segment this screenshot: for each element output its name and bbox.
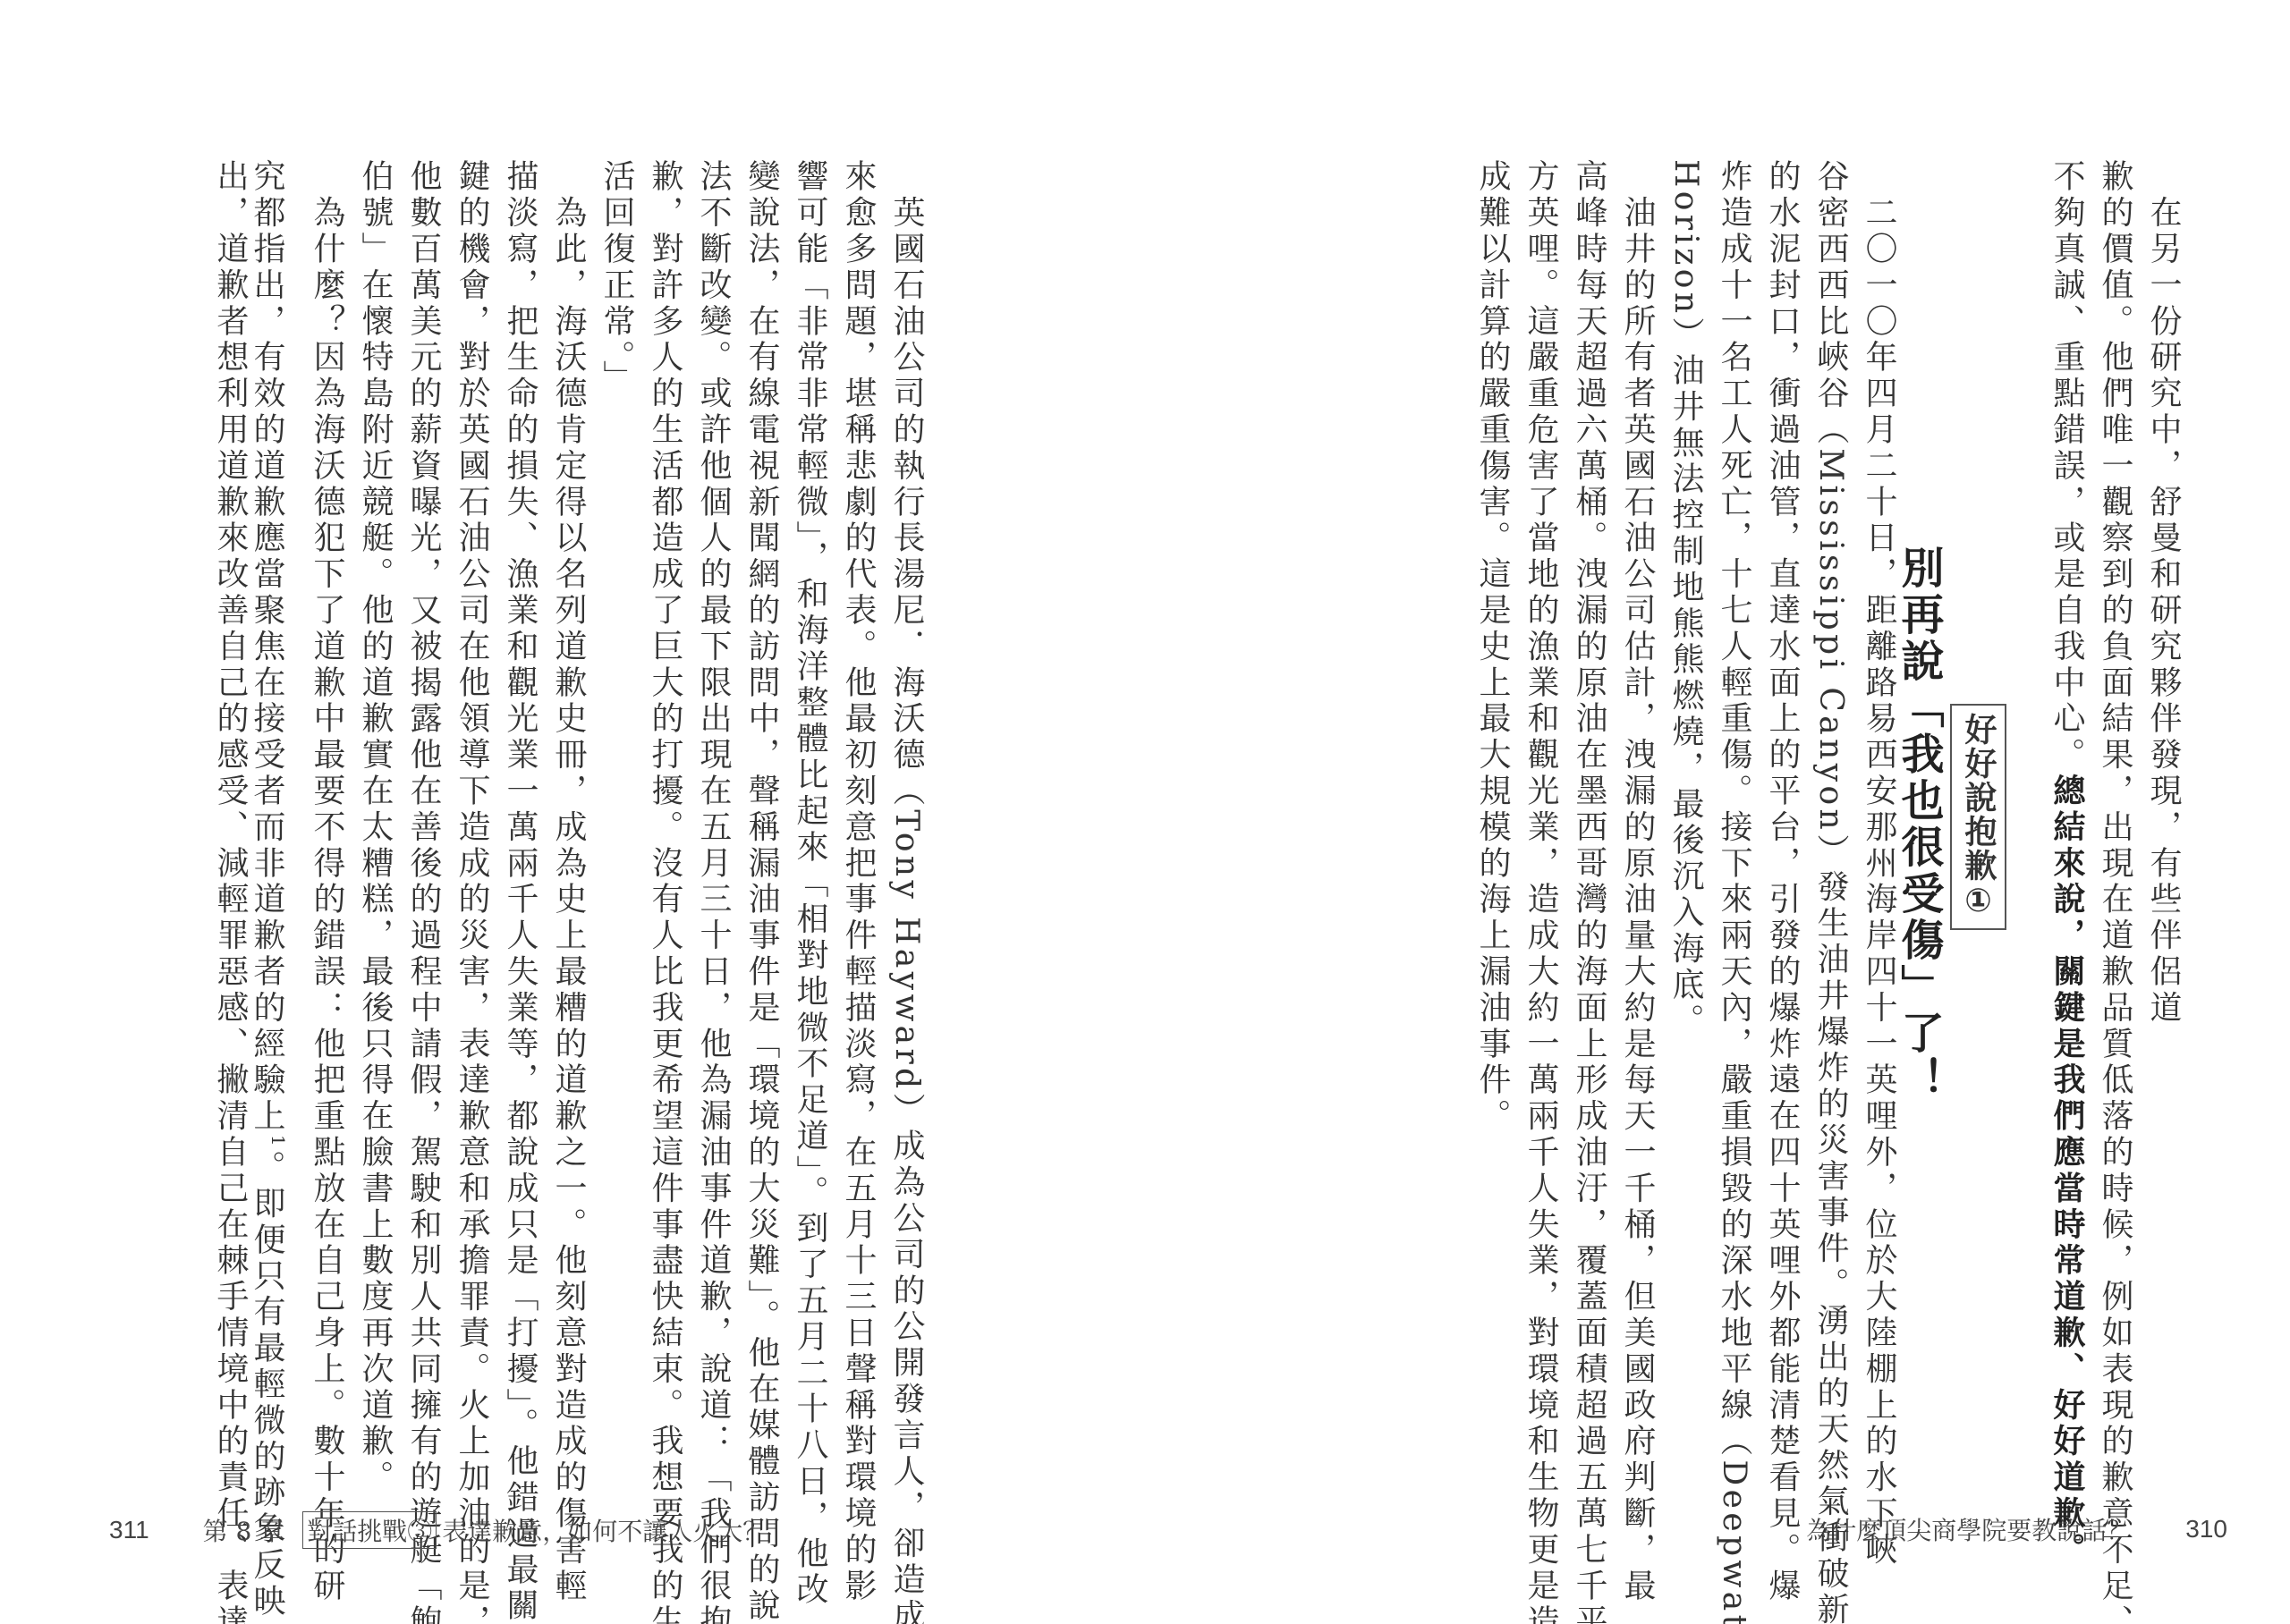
text-column: 高峰時每天超過六萬桶。洩漏的原油在墨西哥灣的海面上形成油汙，覆蓋面積超過五萬七千… xyxy=(1565,159,1613,1474)
chapter-number: 第 8 章 xyxy=(203,1512,285,1548)
text-column: 活回復正常。」 xyxy=(592,159,640,1474)
text-column: 炸造成十一名工人死亡，十七人輕重傷。接下來兩天內，嚴重損毀的深水地平線（Deep… xyxy=(1709,159,1758,1474)
running-footer-left: 311 第 8 章 對話挑戰③ 表達歉意，如何不讓人火大？ xyxy=(109,1511,768,1549)
text-segment: 究都指出，有效的道歉應當聚焦在接受者而非道歉者的經驗上 xyxy=(249,159,285,1135)
column-spacer xyxy=(2006,159,2042,1474)
footnote-marker[interactable]: 1 xyxy=(267,1135,289,1150)
text-column: 為此，海沃德肯定得以名列道歉史冊，成為史上最糟的道歉之一。他刻意對造成的傷害輕 xyxy=(544,159,592,1474)
book-spread: 在另一份研究中，舒曼和研究夥伴發現，有些伴侶道 歉的價值。他們唯一觀察到的負面結… xyxy=(0,0,2290,1624)
page-number: 311 xyxy=(109,1516,149,1544)
text-segment: 。即便只有最輕微的跡象反映 xyxy=(249,1150,285,1620)
text-column: 成難以計算的嚴重傷害。這是史上最大規模的海上漏油事件。 xyxy=(1468,159,1516,1474)
text-column: 歉的價值。他們唯一觀察到的負面結果，出現在道歉品質低落的時候，例如表現的歉意不足… xyxy=(2091,159,2139,1474)
chapter-box-label: 對話挑戰③ xyxy=(302,1511,437,1549)
text-column: 英國石油公司的執行長湯尼．海沃德（Tony Hayward）成為公司的公開發言人… xyxy=(882,159,930,1474)
page-311: 英國石油公司的執行長湯尼．海沃德（Tony Hayward）成為公司的公開發言人… xyxy=(0,0,1145,1624)
text-column: 在另一份研究中，舒曼和研究夥伴發現，有些伴侶道 xyxy=(2139,159,2187,1474)
text-column: 伯號」在懷特島附近競艇。他的道歉實在太糟糕，最後只得在臉書上數度再次道歉。 xyxy=(351,159,399,1474)
text-column: 歉，對許多人的生活都造成了巨大的打擾。沒有人比我更希望這件事盡快結束。我想要我的… xyxy=(640,159,689,1474)
running-footer-right: 為什麼頂尖商學院要教說話？ 310 xyxy=(1806,1511,2227,1547)
section-label-box: 好好說抱歉① xyxy=(1950,704,2006,930)
section-title: 別再說「我也很受傷」了！ xyxy=(1888,546,1950,1104)
text-column: 法不斷改變。或許他個人的最下限出現在五月三十日，他為漏油事件道歉，說道：「我們很… xyxy=(689,159,737,1474)
text-column: 來愈多問題，堪稱悲劇的代表。他最初刻意把事件輕描淡寫，在五月十三日聲稱對環境的影 xyxy=(834,159,882,1474)
text-column: 變說法，在有線電視新聞網的訪問中，聲稱漏油事件是「環境的大災難」。他在媒體訪問的… xyxy=(737,159,785,1474)
book-title: 為什麼頂尖商學院要教說話？ xyxy=(1806,1511,2132,1547)
bold-summary: 總結來說，關鍵是我們應當時常道歉、好好道歉。 xyxy=(2048,774,2085,1569)
page-number: 310 xyxy=(2185,1515,2227,1544)
text-column: 究都指出，有效的道歉應當聚焦在接受者而非道歉者的經驗上1。即便只有最輕微的跡象反… xyxy=(254,159,302,1474)
text-column: 方英哩。這嚴重危害了當地的漁業和觀光業，造成大約一萬兩千人失業，對環境和生物更是… xyxy=(1516,159,1565,1474)
plain-text: 不夠真誠、重點錯誤，或是自我中心。 xyxy=(2048,159,2085,774)
chapter-title: 表達歉意，如何不讓人火大？ xyxy=(442,1512,768,1548)
text-column: 鍵的機會，對於英國石油公司在他領導下造成的災害，表達歉意和承擔罪責。火上加油的是… xyxy=(447,159,496,1474)
right-page-text: 在另一份研究中，舒曼和研究夥伴發現，有些伴侶道 歉的價值。他們唯一觀察到的負面結… xyxy=(1468,159,2187,1474)
left-page-text: 英國石油公司的執行長湯尼．海沃德（Tony Hayward）成為公司的公開發言人… xyxy=(206,159,930,1474)
text-column: Horizon）油井無法控制地熊熊燃燒，最後沉入海底。 xyxy=(1661,159,1709,1474)
text-column: 他數百萬美元的薪資曝光，又被揭露他在善後的過程中請假，駕駛和別人共同擁有的遊艇「… xyxy=(399,159,447,1474)
text-column: 不夠真誠、重點錯誤，或是自我中心。總結來說，關鍵是我們應當時常道歉、好好道歉。 xyxy=(2042,159,2091,1474)
text-column: 描淡寫，把生命的損失、漁業和觀光業一萬兩千人失業等，都說成只是「打擾」。他錯過最… xyxy=(496,159,544,1474)
text-column: 響可能「非常非常輕微」，和海洋整體比起來「相對地微不足道」。到了五月二十八日，他… xyxy=(785,159,834,1474)
section-heading: 好好說抱歉① 別再說「我也很受傷」了！ xyxy=(1938,159,2006,1474)
text-column: 谷密西西比峽谷（Mississippi Canyon）發生油井爆炸的災害事件。湧… xyxy=(1806,159,1854,1474)
page-310: 在另一份研究中，舒曼和研究夥伴發現，有些伴侶道 歉的價值。他們唯一觀察到的負面結… xyxy=(1145,0,2290,1624)
text-column: 為什麼？因為海沃德犯下了道歉中最要不得的錯誤：他把重點放在自己身上。數十年的研 xyxy=(302,159,351,1474)
text-column: 油井的所有者英國石油公司估計，洩漏的原油量大約是每天一千桶，但美國政府判斷，最 xyxy=(1613,159,1661,1474)
text-column: 的水泥封口，衝過油管，直達水面上的平台，引發的爆炸遠在四十英哩外都能清楚看見。爆 xyxy=(1758,159,1806,1474)
